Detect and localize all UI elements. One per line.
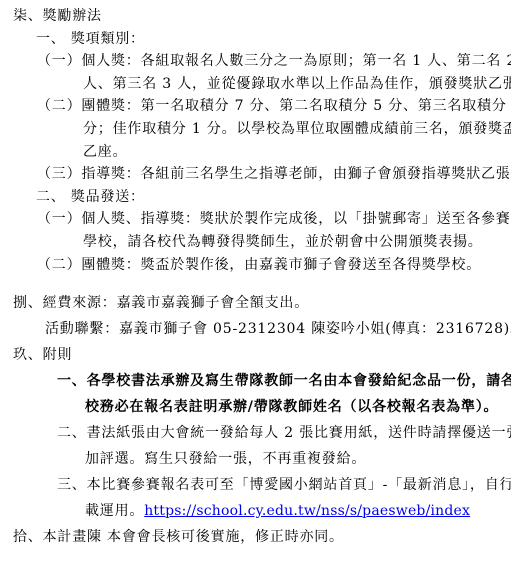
prize-delivery-individual-line-2: 學校，請各校代為轉發得獎師生，並於朝會中公開頒獎表揚。 <box>0 231 511 254</box>
group-award-line-1: （二）團體獎：第一名取積分 7 分、第二名取積分 5 分、第三名取積分 3 <box>0 95 511 118</box>
text-segment: （一）個人獎：各組取報名人數三分之一為原則；第一名 1 人、第二名 2 <box>37 53 511 69</box>
supplementary-2-line-2: 加評選。寫生只發給一張，不再重複發給。 <box>0 446 511 472</box>
supplementary-3-line-1: 三、本比賽參賽報名表可至「博愛國小網站首頁」-「最新消息」，自行下 <box>0 472 511 498</box>
supplementary-1-line-2: 校務必在報名表註明承辦/帶隊教師姓名（以各校報名表為準）。 <box>0 394 511 420</box>
text-segment: 加評選。寫生只發給一張，不再重複發給。 <box>85 451 366 467</box>
funding-and-rules-section: 捌、經費來源：嘉義市嘉義獅子會全額支出。活動聯繫：嘉義市獅子會 05-23123… <box>0 290 511 550</box>
text-segment: 一、 獎項類別： <box>36 31 145 47</box>
mentor-award-line: （三）指導獎：各組前三名學生之指導老師，由獅子會頒發指導獎狀乙張。 <box>0 163 511 186</box>
text-segment: 二、書法紙張由大會統一發給每人 2 張比賽用紙，送件時請擇優送一張參 <box>57 425 511 441</box>
text-segment: （三）指導獎：各組前三名學生之指導老師，由獅子會頒發指導獎狀乙張。 <box>37 166 511 182</box>
text-segment: 玖、附則 <box>13 347 72 363</box>
text-segment: （二）團體獎：第一名取積分 7 分、第二名取積分 5 分、第三名取積分 3 <box>37 98 511 114</box>
text-segment: 乙座。 <box>83 144 127 160</box>
text-segment: 校務必在報名表註明承辦/帶隊教師姓名（以各校報名表為準）。 <box>85 399 498 415</box>
supplementary-2-line-1: 二、書法紙張由大會統一發給每人 2 張比賽用紙，送件時請擇優送一張參 <box>0 420 511 446</box>
prize-delivery-group-line: （二）團體獎：獎盃於製作後，由嘉義市獅子會發送至各得獎學校。 <box>0 254 511 277</box>
text-segment: 三、本比賽參賽報名表可至「博愛國小網站首頁」-「最新消息」，自行下 <box>57 477 511 493</box>
text-segment: 載運用。 <box>85 503 144 519</box>
award-category-heading: 一、 獎項類別： <box>0 28 511 51</box>
supplementary-3-line-2: 載運用。https://school.cy.edu.tw/nss/s/paesw… <box>0 498 511 524</box>
text-segment: 柒、獎勵辦法 <box>13 8 102 24</box>
individual-award-line-2: 人、第三名 3 人，並從優錄取水準以上作品為佳作，頒發獎狀乙張。 <box>0 73 511 96</box>
text-segment: 二、 獎品發送： <box>36 189 145 205</box>
text-segment: 活動聯繫：嘉義市獅子會 05-2312304 陳姿吟小姐(傳真：2316728)… <box>45 321 511 337</box>
text-segment: （一）個人獎、指導獎：獎狀於製作完成後，以「掛號郵寄」送至各參賽 <box>37 211 511 227</box>
prize-delivery-heading: 二、 獎品發送： <box>0 186 511 209</box>
contact-line: 活動聯繫：嘉義市獅子會 05-2312304 陳姿吟小姐(傳真：2316728)… <box>0 316 511 342</box>
awards-section: 柒、獎勵辦法一、 獎項類別：（一）個人獎：各組取報名人數三分之一為原則；第一名 … <box>0 5 511 276</box>
group-award-line-2: 分；佳作取積分 1 分。以學校為單位取團體成績前三名，頒發獎盃 <box>0 118 511 141</box>
document-page: 柒、獎勵辦法一、 獎項類別：（一）個人獎：各組取報名人數三分之一為原則；第一名 … <box>0 0 511 571</box>
text-segment: 分；佳作取積分 1 分。以學校為單位取團體成績前三名，頒發獎盃 <box>83 121 511 137</box>
text-segment: 捌、經費來源：嘉義市嘉義獅子會全額支出。 <box>13 295 309 311</box>
text-segment: 一、各學校書法承辦及寫生帶隊教師一名由本會發給紀念品一份，請各學 <box>57 373 511 389</box>
section-8-funding-line: 捌、經費來源：嘉義市嘉義獅子會全額支出。 <box>0 290 511 316</box>
prize-delivery-individual-line-1: （一）個人獎、指導獎：獎狀於製作完成後，以「掛號郵寄」送至各參賽 <box>0 208 511 231</box>
text-segment: 人、第三名 3 人，並從優錄取水準以上作品為佳作，頒發獎狀乙張。 <box>83 76 511 92</box>
text-segment: 學校，請各校代為轉發得獎師生，並於朝會中公開頒獎表揚。 <box>83 234 483 250</box>
text-segment: （二）團體獎：獎盃於製作後，由嘉義市獅子會發送至各得獎學校。 <box>37 257 481 273</box>
section-10-approval-line: 拾、本計畫陳 本會會長核可後實施，修正時亦同。 <box>0 524 511 550</box>
section-7-heading: 柒、獎勵辦法 <box>0 5 511 28</box>
individual-award-line-1: （一）個人獎：各組取報名人數三分之一為原則；第一名 1 人、第二名 2 <box>0 50 511 73</box>
group-award-line-3: 乙座。 <box>0 141 511 164</box>
supplementary-1-line-1: 一、各學校書法承辦及寫生帶隊教師一名由本會發給紀念品一份，請各學 <box>0 368 511 394</box>
text-segment: 拾、本計畫陳 本會會長核可後實施，修正時亦同。 <box>13 529 344 545</box>
section-9-heading: 玖、附則 <box>0 342 511 368</box>
registration-form-url-link[interactable]: https://school.cy.edu.tw/nss/s/paesweb/i… <box>144 503 470 519</box>
